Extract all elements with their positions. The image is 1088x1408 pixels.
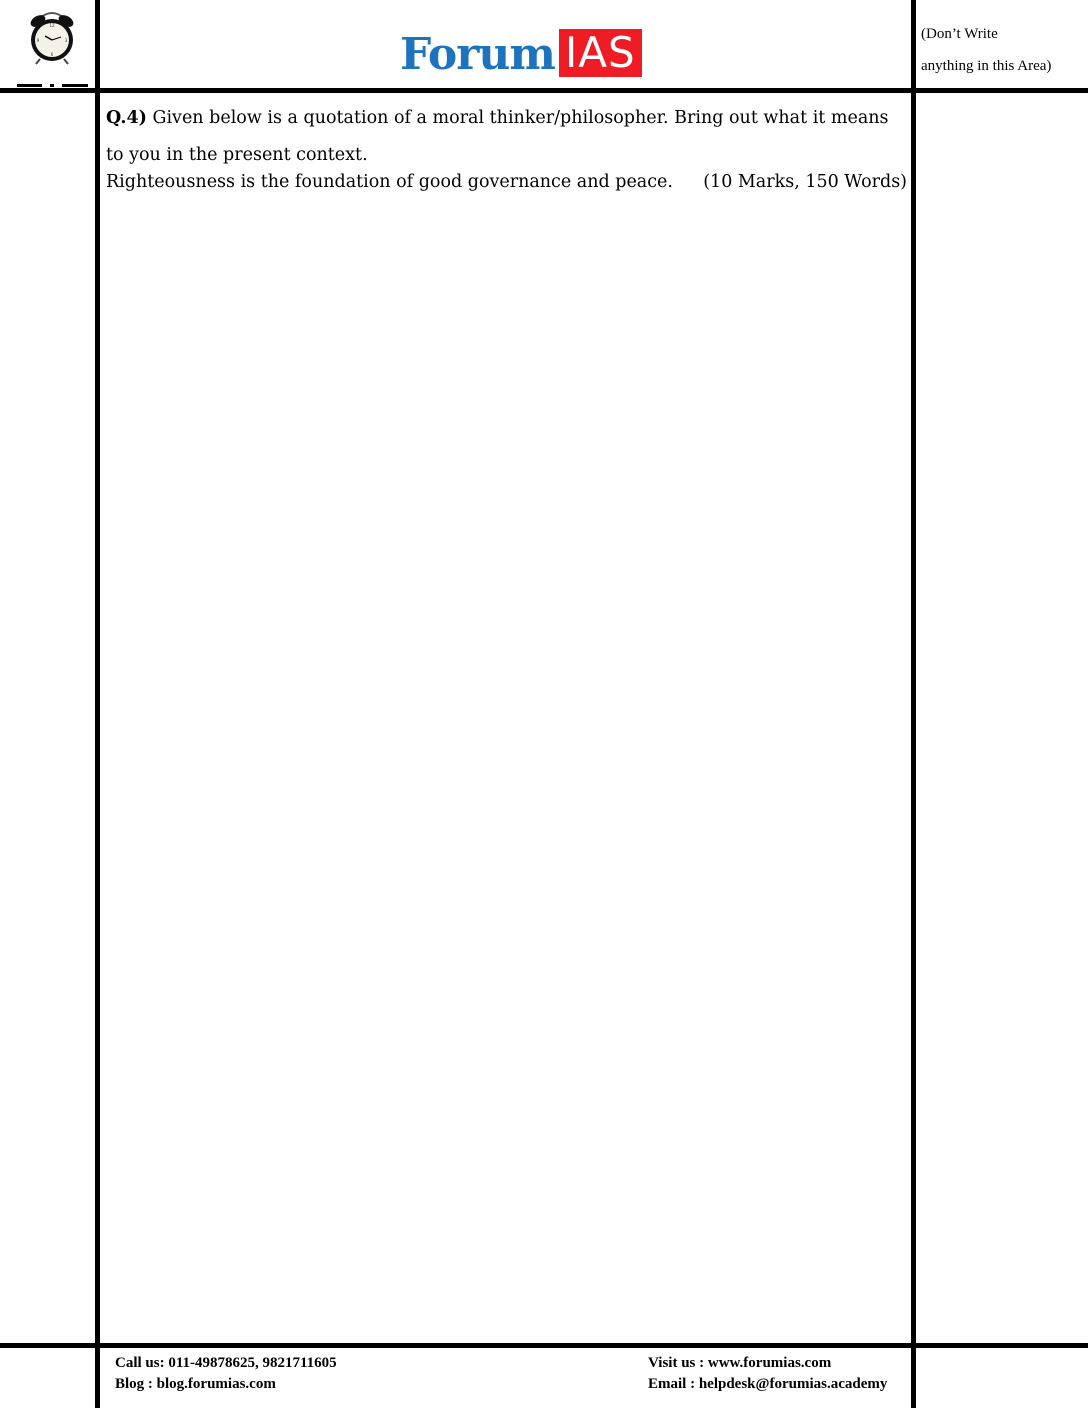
alarm-clock-icon: 126 93 xyxy=(26,8,78,66)
forumias-logo: Forum IAS xyxy=(400,27,642,77)
question-line-1: Q.4) Given below is a quotation of a mor… xyxy=(106,100,908,137)
logo-forum-text: Forum xyxy=(400,33,555,77)
footer-contact-left: Call us: 011-49878625, 9821711605 Blog :… xyxy=(115,1353,337,1395)
right-margin-line xyxy=(911,0,916,1408)
svg-text:6: 6 xyxy=(51,52,54,57)
svg-text:3: 3 xyxy=(65,38,68,43)
question-line-2: to you in the present context. xyxy=(106,137,908,174)
question-prompt-text: Given below is a quotation of a moral th… xyxy=(147,108,889,128)
clock-caption-dot xyxy=(50,84,54,87)
svg-text:9: 9 xyxy=(37,38,40,43)
reserved-area-line-1: (Don’t Write xyxy=(921,18,1051,50)
question-quotation: Righteousness is the foundation of good … xyxy=(106,172,673,192)
question-number: Q.4) xyxy=(106,108,147,128)
footer-call: Call us: 011-49878625, 9821711605 xyxy=(115,1353,337,1374)
footer-visit: Visit us : www.forumias.com xyxy=(648,1353,887,1374)
footer-contact-right: Visit us : www.forumias.com Email : help… xyxy=(648,1353,887,1395)
reserved-area-line-2: anything in this Area) xyxy=(921,50,1051,82)
clock-caption-dash xyxy=(62,84,88,87)
question-quotation-line: Righteousness is the foundation of good … xyxy=(106,172,907,192)
clock-caption-dash xyxy=(17,84,42,87)
question-prompt: Q.4) Given below is a quotation of a mor… xyxy=(106,100,908,174)
footer-blog: Blog : blog.forumias.com xyxy=(115,1374,337,1395)
reserved-area-note: (Don’t Write anything in this Area) xyxy=(921,18,1051,82)
svg-text:12: 12 xyxy=(49,23,55,28)
answer-writing-area[interactable] xyxy=(100,210,911,1340)
question-marks: (10 Marks, 150 Words) xyxy=(703,172,907,192)
footer-divider-line xyxy=(0,1343,1088,1348)
header-divider-line xyxy=(0,88,1088,93)
logo-ias-text: IAS xyxy=(559,29,642,77)
footer-email: Email : helpdesk@forumias.academy xyxy=(648,1374,887,1395)
